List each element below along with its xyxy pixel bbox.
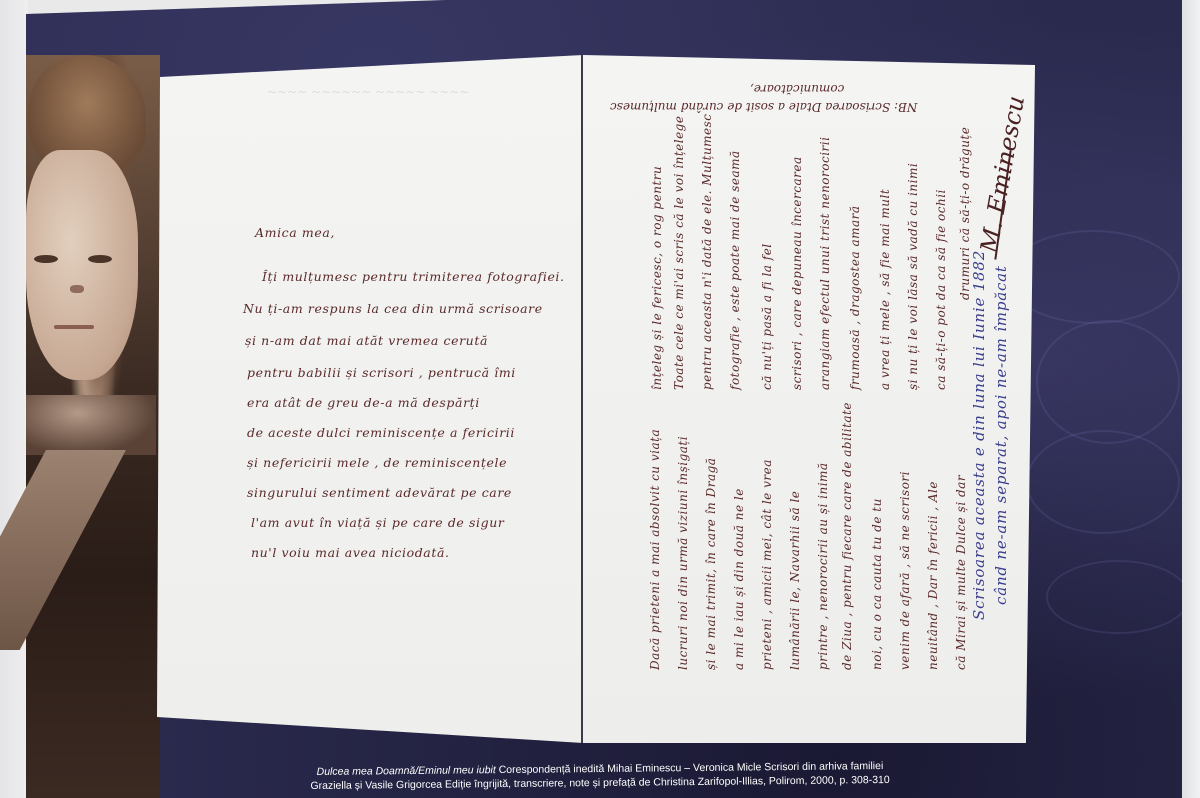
blue-annotation-line: când ne-am separat, apoi ne-am împăcat [992, 265, 1010, 605]
letter-line-rotated: lumânării le, Navarhii să le [788, 491, 802, 670]
portrait-nose [70, 285, 84, 293]
portrait-photo [26, 55, 160, 798]
portrait-mouth [54, 325, 94, 329]
letter-line: de aceste dulci reminiscențe a fericirii [247, 425, 515, 440]
postscript-line: comunicătoare, [750, 82, 844, 96]
letter-line: și n-am dat mai atăt vremea cerută [245, 333, 488, 348]
letter-line-rotated: noi, cu o ca cauta tu de tu [870, 498, 884, 670]
decorative-swirl [1026, 430, 1180, 534]
letter-line-rotated: venim de afară , să ne scrisori [898, 471, 912, 670]
letter-salutation: Amica mea, [255, 225, 335, 240]
letter-line-rotated: și le mai trimit, în care în Dragă [704, 458, 718, 670]
caption-title: Dulcea mea Doamnă/Eminul meu iubit [317, 764, 496, 778]
letter-line: și nefericirii mele , de reminiscențele [247, 455, 507, 470]
letter-line-rotated: Toate cele ce mi'ai scris că le voi înțe… [672, 116, 686, 390]
letter-line-rotated: scrisori , care depuneau încercarea [790, 156, 804, 390]
letter-line: era atât de greu de-a mă despărți [247, 395, 480, 410]
decorative-swirl [1046, 560, 1190, 634]
letter-line: l'am avut în viață și pe care de sigur [251, 515, 504, 530]
portrait-collar [26, 395, 156, 455]
letter-left-page: ~~~~ ~~~~~ ~~~~~~ ~~~~ Amica mea, Îți mu… [157, 55, 583, 743]
letter-line-rotated: de Ziua , pentru fiecare care de abilita… [840, 402, 854, 670]
letter-line: nu'l voiu mai avea niciodată. [251, 545, 450, 560]
letter-line-rotated: frumoasă , dragostea amară [848, 205, 862, 390]
letter-line: Nu ți-am respuns la cea din urmă scrisoa… [243, 301, 543, 316]
letter-line-rotated: Dacă prieteni a mai absolvit cu viața [648, 429, 662, 670]
postscript-line: NB: Scrisoarea Dtale a sosit de curând m… [610, 100, 917, 114]
letter-line-rotated: arangiam efectul unui trist nenorocirii [818, 137, 832, 390]
letter-line-rotated: ca să-ți-o pot da ca să fie ochii [934, 189, 948, 390]
letter-line-rotated: a vrea ți mele , să fie mai mult [878, 189, 892, 390]
portrait-eye [88, 255, 112, 263]
letter-line-rotated: și nu ți le voi lăsa să vadă cu inimi [906, 163, 920, 390]
letter-line-rotated: a mi le iau și din două ne le [732, 488, 746, 670]
letter-line: pentru babilii și scrisori , pentrucă îm… [247, 365, 516, 380]
wall-left-margin [0, 0, 28, 798]
portrait-eye [34, 255, 58, 263]
page-fold-line [581, 55, 583, 743]
letter-line-rotated: lucruri noi din urmă viziuni înșigați [676, 436, 690, 670]
letter-line-rotated: înțeleg și le fericesc, o rog pentru [650, 166, 664, 390]
letter-line-rotated: fotografie , este poate mai de seamă [728, 150, 742, 390]
letter-line-rotated: că nu'ți pasă a fi la fel [760, 243, 774, 390]
bleed-through-text: ~~~~ ~~~~~ ~~~~~~ ~~~~ [267, 85, 469, 99]
letter-line-rotated: neuitând , Dar în fericii , Ale [926, 481, 940, 670]
letter-line: singurului sentiment adevărat pe care [247, 485, 512, 500]
letter-line-rotated: pentru aceasta n'i dată de ele. Mulțumes… [700, 113, 714, 390]
letter-line: Îți mulțumesc pentru trimiterea fotograf… [262, 269, 565, 284]
letter-line-rotated: că Mirai și multe Dulce și dar [954, 475, 968, 670]
letter-line-rotated: printre , nenorocirii au și inimă [816, 462, 830, 670]
decorative-swirl [1036, 320, 1180, 444]
portrait-face [26, 150, 138, 380]
letter-line-rotated: prieteni , amicii mei, cât le vrea [760, 459, 774, 670]
blue-annotation-line: Scrisoarea aceasta e din luna lui Iunie … [970, 250, 988, 620]
